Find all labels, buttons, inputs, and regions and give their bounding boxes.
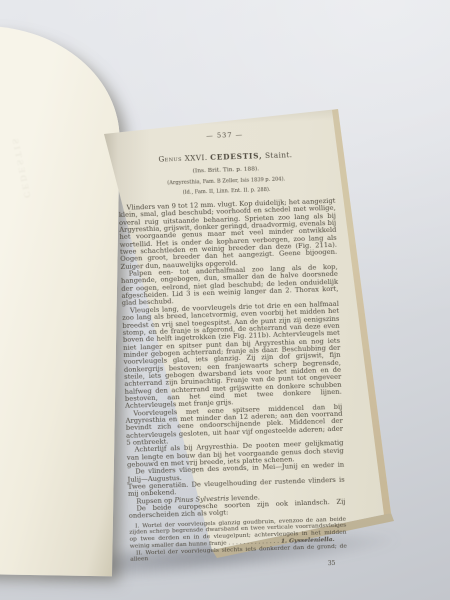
body-paragraph: Vleugels lang, de voorvleugels drie tot … (122, 301, 342, 411)
show-through-text: CEDESTIS (10, 136, 33, 199)
heading-numeral: XXVI. (184, 153, 207, 163)
species-key: I. Wortel der voorvleugels glanzig goudb… (129, 516, 347, 563)
body-paragraph: Vlinders van 9 tot 12 mm. vlugt. Kop dui… (118, 198, 337, 271)
turned-page: MICROLEPIDOPTERA CEDESTIS (0, 26, 122, 576)
text-block: — 537 — Genus XXVI. CEDESTIS, Staint. (I… (116, 124, 348, 574)
heading-genus-name: CEDESTIS, (210, 151, 262, 162)
description-text: Vlinders van 9 tot 12 mm. vlugt. Kop dui… (118, 198, 345, 521)
heading-genus-word: Genus (158, 154, 182, 164)
heading-author: Staint. (265, 150, 293, 160)
reference-line: (Id., Fam. II, Linn. Ent. II. p. 288). (118, 185, 335, 198)
page-number: — 537 — (116, 128, 333, 143)
genus-heading: Genus XXVI. CEDESTIS, Staint. (117, 149, 334, 165)
